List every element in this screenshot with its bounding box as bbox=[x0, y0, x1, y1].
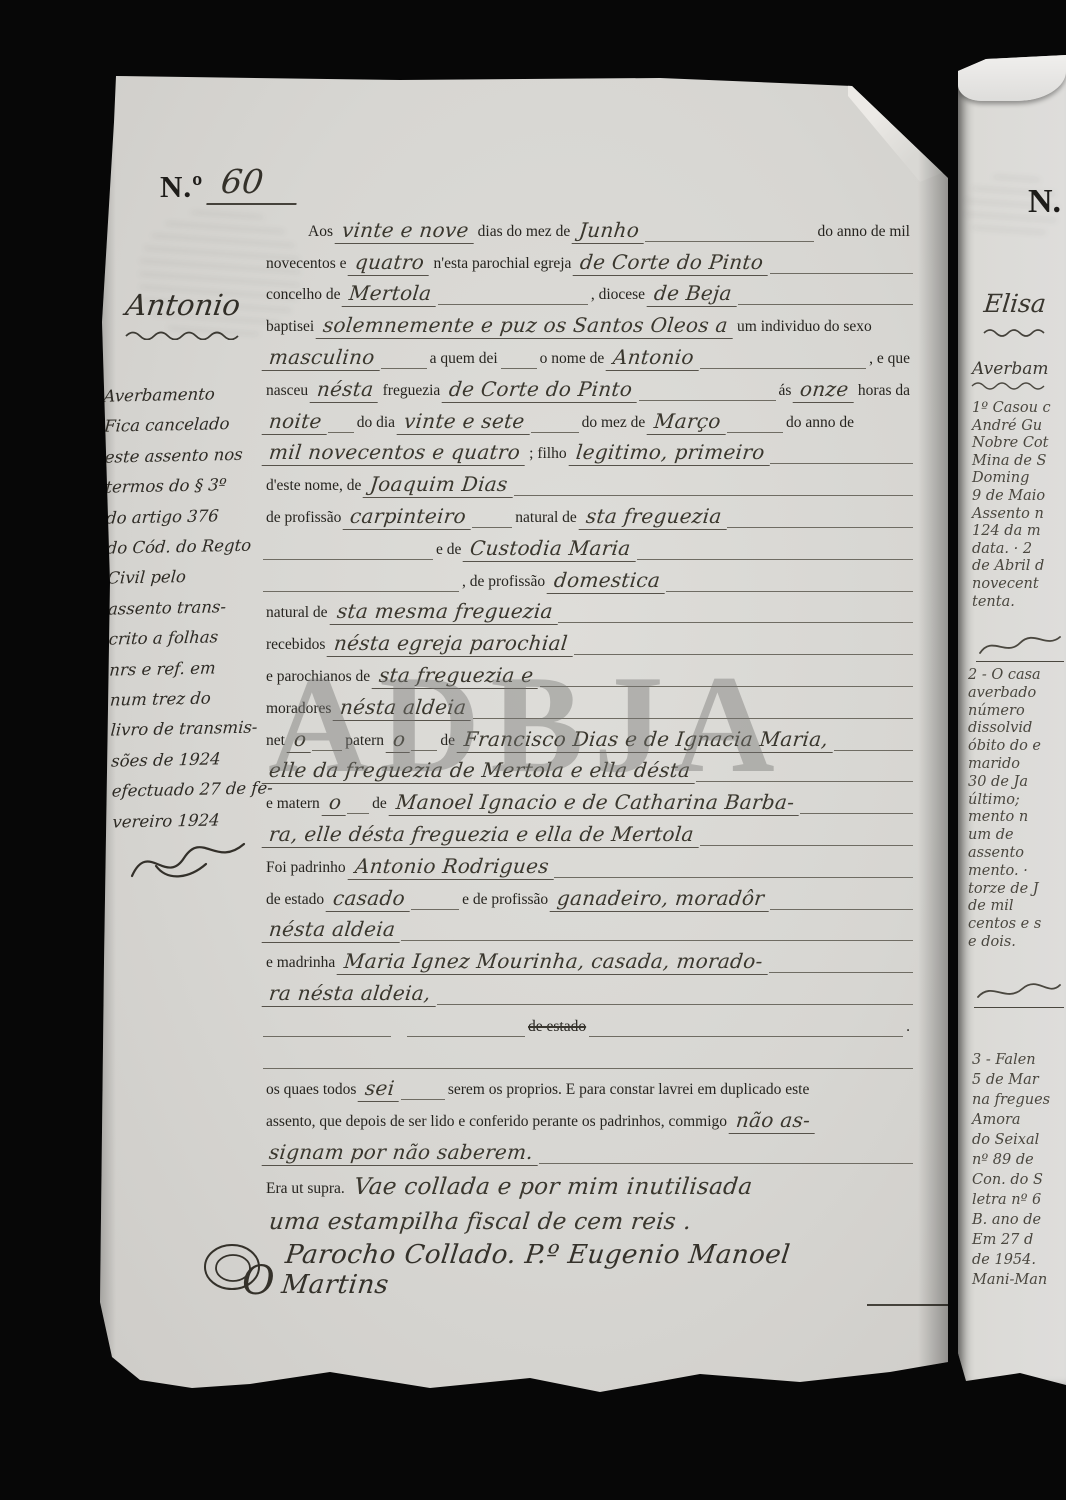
marginal-note-line: do Seixal bbox=[972, 1130, 1066, 1150]
form-line: Era ut supra.Vae collada e por mim inuti… bbox=[263, 1166, 913, 1201]
handwritten-entry: carpinteiro bbox=[343, 504, 474, 530]
handwritten-entry: Manoel Ignacio e de Catharina Barba- bbox=[388, 790, 801, 816]
handwritten-entry: de Corte do Pinto bbox=[442, 377, 640, 403]
printed-text: ás bbox=[776, 382, 795, 403]
form-line: e parochianos desta freguezia e bbox=[263, 657, 913, 689]
blank-rule-line bbox=[696, 781, 913, 782]
blank-rule-line bbox=[589, 1036, 903, 1037]
handwritten-entry: Francisco Dias e de Ignacia Maria, bbox=[457, 727, 836, 753]
handwritten-entry: Custodia Maria bbox=[463, 536, 638, 562]
printed-text: de profissão bbox=[263, 509, 344, 530]
margin-cancellation-note: AverbamentoFica canceladoeste assento no… bbox=[103, 378, 271, 837]
curled-page-edge bbox=[958, 55, 1066, 101]
blank-rule-line bbox=[401, 940, 913, 941]
printed-text: e matern bbox=[263, 795, 323, 816]
marginal-note-line: torze de J bbox=[968, 881, 1066, 899]
printed-text: ; filho bbox=[526, 445, 569, 466]
handwritten-entry: signam por não saberem. bbox=[262, 1140, 541, 1166]
marginal-note-line: 1º Casou c bbox=[972, 400, 1066, 418]
margin-note-line: termos do § 3º bbox=[104, 470, 264, 504]
marginal-note-line: Con. do S bbox=[972, 1170, 1066, 1190]
form-line: concelho deMertola, diocesede Beja bbox=[263, 276, 913, 308]
baptism-record-page: N.º 60 Antonio AverbamentoFica cancelado… bbox=[100, 62, 948, 1395]
form-line: de profissãocarpinteironatural desta fre… bbox=[263, 498, 913, 530]
blank-rule-line bbox=[472, 527, 512, 528]
note-2-signature-flourish bbox=[974, 977, 1064, 1008]
blank-rule-line bbox=[540, 686, 913, 687]
handwritten-entry: ra nésta aldeia, bbox=[262, 981, 438, 1007]
form-line: ra, elle désta freguezia e ella de Merto… bbox=[263, 816, 913, 848]
blank-rule-line bbox=[501, 368, 537, 369]
blank-rule-line bbox=[770, 463, 913, 464]
form-line: recebidosnésta egreja parochial bbox=[263, 625, 913, 657]
handwritten-entry: Joaquim Dias bbox=[363, 472, 515, 498]
printed-text: Aos bbox=[305, 223, 336, 244]
printed-text: de estado bbox=[263, 891, 327, 912]
handwritten-entry: nésta aldeia bbox=[333, 695, 474, 721]
blank-rule-line bbox=[834, 750, 913, 751]
handwritten-entry: vinte e nove bbox=[335, 218, 476, 244]
margin-note-line: sões de 1924 bbox=[110, 743, 270, 777]
scanned-register-photo: { "watermark": { "text": "ADBJA" }, "mai… bbox=[0, 0, 1066, 1500]
marginal-note-line: 9 de Maio bbox=[972, 488, 1066, 506]
form-line: baptiseisolemnemente e puz os Santos Ole… bbox=[263, 307, 913, 339]
form-line: de estado. bbox=[263, 1007, 913, 1039]
handwritten-entry: Março bbox=[647, 409, 728, 435]
blank-rule-line bbox=[328, 432, 354, 433]
handwritten-entry: elle da freguezia de Mertola e ella dést… bbox=[262, 758, 698, 784]
marginal-note-line: data. · 2 bbox=[972, 541, 1066, 559]
margin-note-line: Civil pelo bbox=[106, 561, 266, 595]
margin-note-line: livro de transmis- bbox=[110, 713, 270, 747]
printed-text: e de bbox=[433, 541, 464, 562]
blank-rule-line bbox=[263, 1036, 391, 1037]
handwritten-entry: masculino bbox=[262, 345, 382, 371]
form-line: natural desta mesma freguezia bbox=[263, 594, 913, 626]
form-line: Aosvinte e novedias do mez deJunhodo ann… bbox=[263, 212, 913, 244]
blank-rule-line bbox=[473, 718, 913, 719]
signature-flourish-oval bbox=[202, 1240, 266, 1294]
form-line: moradoresnésta aldeia bbox=[263, 689, 913, 721]
printed-text: do mez de bbox=[579, 414, 649, 435]
marginal-note-line: um de bbox=[968, 827, 1066, 845]
handwritten-text: Vae collada e por mim inutilisada bbox=[346, 1174, 759, 1201]
form-line: masculinoa quem deio nome deAntonio, e q… bbox=[263, 339, 913, 371]
printed-text: baptisei bbox=[263, 318, 317, 339]
printed-text: Foi padrinho bbox=[263, 859, 349, 880]
printed-text: natural de bbox=[263, 604, 331, 625]
blank-rule-line bbox=[401, 1099, 445, 1100]
printed-text: recebidos bbox=[263, 636, 328, 657]
form-line: novecentos equatron'esta parochial egrej… bbox=[263, 244, 913, 276]
priest-signature: O Parocho Collado. P.º Eugenio Manoel Ma… bbox=[208, 1232, 948, 1310]
printed-text: novecentos e bbox=[263, 255, 349, 276]
averbamentos-heading: Averbam bbox=[972, 359, 1049, 379]
printed-text: , diocese bbox=[588, 286, 648, 307]
handwritten-entry: sei bbox=[358, 1076, 402, 1102]
handwritten-entry: noite bbox=[262, 409, 329, 435]
handwritten-entry: o bbox=[321, 790, 348, 816]
blank-rule-line bbox=[666, 591, 913, 592]
blank-rule-line bbox=[514, 495, 913, 496]
blank-rule-line bbox=[637, 559, 913, 560]
form-line: assento, que depois de ser lido e confer… bbox=[263, 1102, 913, 1134]
marginal-note-3: 3 - Falen5 de Marna freguesAmorado Seixa… bbox=[972, 1050, 1066, 1290]
printed-text: net bbox=[263, 732, 288, 753]
handwritten-entry: não as- bbox=[729, 1108, 818, 1134]
printed-text: um individuo do sexo bbox=[734, 318, 875, 339]
margin-note-line: num trez do bbox=[109, 682, 269, 716]
handwritten-entry: nésta aldeia bbox=[262, 917, 403, 943]
printed-text: , e que bbox=[866, 350, 913, 371]
printed-text: e parochianos de bbox=[263, 668, 373, 689]
form-line: os quaes todosseiserem os proprios. E pa… bbox=[263, 1071, 913, 1103]
printed-text: assento, que depois de ser lido e confer… bbox=[263, 1113, 730, 1134]
handwritten-entry: o bbox=[287, 727, 314, 753]
handwritten-entry: Maria Ignez Mourinha, casada, morado- bbox=[337, 949, 770, 975]
blank-rule-line bbox=[263, 591, 459, 592]
marginal-note-line: assento bbox=[968, 845, 1066, 863]
margin-baptized-name: Antonio bbox=[124, 288, 243, 322]
marginal-note-line: Em 27 d bbox=[972, 1230, 1066, 1250]
printed-text: os quaes todos bbox=[263, 1081, 359, 1102]
form-line: nasceunéstafregueziade Corte do Pintoáso… bbox=[263, 371, 913, 403]
blank-rule-line bbox=[539, 1163, 913, 1164]
blank-rule-line bbox=[727, 527, 913, 528]
handwritten-entry: o bbox=[386, 727, 413, 753]
handwritten-entry: Junho bbox=[572, 218, 647, 244]
marginal-note-line: mento n bbox=[968, 809, 1066, 827]
printed-text: natural de bbox=[512, 509, 580, 530]
printed-text: e de profissão bbox=[459, 891, 551, 912]
handwritten-entry: Mertola bbox=[342, 281, 439, 307]
marginal-note-line: Mani-Man bbox=[972, 1270, 1066, 1290]
printed-text: n'esta parochial egreja bbox=[431, 255, 575, 276]
blank-rule-line bbox=[800, 813, 913, 814]
marginal-note-line: óbito do e bbox=[968, 738, 1066, 756]
margin-note-line: efectuado 27 de fe- bbox=[111, 774, 271, 808]
blank-rule-line bbox=[738, 304, 913, 305]
blank-rule-line bbox=[438, 304, 588, 305]
blank-rule-line bbox=[770, 909, 913, 910]
handwritten-entry: sta mesma freguezia bbox=[329, 599, 560, 625]
marginal-note-line: averbado bbox=[968, 685, 1066, 703]
marginal-note-line: nº 89 de bbox=[972, 1150, 1066, 1170]
handwritten-entry: onze bbox=[793, 377, 856, 403]
margin-note-line: Averbamento bbox=[103, 378, 263, 412]
marginal-note-line: tenta. bbox=[972, 594, 1066, 612]
marginal-note-line: Doming bbox=[972, 470, 1066, 488]
handwritten-entry: Antonio bbox=[606, 345, 702, 371]
form-line: de estadocasadoe de profissãoganadeiro, … bbox=[263, 880, 913, 912]
blank-rule-line bbox=[645, 241, 814, 242]
blank-rule-line bbox=[407, 1036, 525, 1037]
printed-text: a quem dei bbox=[427, 350, 501, 371]
marginal-note-line: de 1954. bbox=[972, 1250, 1066, 1270]
marginal-note-line: e dois. bbox=[968, 934, 1066, 952]
blank-rule-line bbox=[700, 368, 866, 369]
printed-text: Era ut supra. bbox=[263, 1180, 348, 1201]
printed-text: e madrinha bbox=[263, 954, 338, 975]
blank-rule-line bbox=[727, 432, 783, 433]
form-line: d'este nome, deJoaquim Dias bbox=[263, 466, 913, 498]
form-line: e maternodeManoel Ignacio e de Catharina… bbox=[263, 784, 913, 816]
marginal-note-1: 1º Casou cAndré GuNobre CotMina de SDomi… bbox=[972, 400, 1066, 611]
blank-rule-line bbox=[437, 1004, 913, 1005]
signature-underline bbox=[867, 1304, 948, 1306]
form-line: , de profissãodomestica bbox=[263, 562, 913, 594]
blank-rule-line bbox=[411, 750, 437, 751]
blank-rule-line bbox=[531, 432, 579, 433]
signature-text: Parocho Collado. P.º Eugenio Manoel Mart… bbox=[274, 1240, 871, 1310]
margin-note-line: do Cód. do Regto bbox=[106, 530, 266, 564]
handwritten-entry: mil novecentos e quatro bbox=[262, 440, 528, 466]
handwritten-entry: Antonio Rodrigues bbox=[347, 854, 556, 880]
handwritten-entry: ra, elle désta freguezia e ella de Merto… bbox=[262, 822, 701, 848]
handwritten-entry: domestica bbox=[547, 568, 668, 594]
printed-text: dias do mez de bbox=[475, 223, 574, 244]
blank-rule-line bbox=[554, 877, 913, 878]
marginal-note-line: dissolvid bbox=[968, 720, 1066, 738]
margin-note-line: do artigo 376 bbox=[105, 500, 265, 534]
marginal-note-line: novecent bbox=[972, 576, 1066, 594]
marginal-note-line: centos e s bbox=[968, 916, 1066, 934]
marginal-note-line: Mina de S bbox=[972, 453, 1066, 471]
next-page-edge: N. Elisa Averbam 1º Casou cAndré GuNobre… bbox=[958, 55, 1066, 1385]
blank-rule-line bbox=[574, 654, 913, 655]
marginal-note-line: de mil bbox=[968, 898, 1066, 916]
blank-rule-line bbox=[347, 813, 369, 814]
marginal-note-line: 3 - Falen bbox=[972, 1050, 1066, 1070]
record-number: N.º 60 bbox=[160, 162, 299, 205]
form-line: noitedo diavinte e setedo mez deMarçodo … bbox=[263, 403, 913, 435]
form-line: e deCustodia Maria bbox=[263, 530, 913, 562]
blank-rule-line bbox=[769, 972, 913, 973]
printed-text: . bbox=[903, 1018, 913, 1039]
marginal-note-2: 2 - O casaaverbadonúmerodissolvidóbito d… bbox=[968, 667, 1066, 952]
printed-text: concelho de bbox=[263, 286, 343, 307]
handwritten-entry: sta freguezia e bbox=[372, 663, 541, 689]
form-line: ra nésta aldeia, bbox=[263, 975, 913, 1007]
handwritten-entry: de Corte do Pinto bbox=[573, 250, 771, 276]
wavy-underline bbox=[982, 327, 1056, 337]
handwritten-entry: solemnemente e puz os Santos Oleos a bbox=[316, 313, 736, 339]
handwritten-entry: casado bbox=[326, 886, 413, 912]
printed-text: moradores bbox=[263, 700, 334, 721]
margin-note-line: Fica cancelado bbox=[103, 409, 263, 443]
form-line: elle da freguezia de Mertola e ella dést… bbox=[263, 753, 913, 785]
handwritten-entry: ganadeiro, moradôr bbox=[550, 886, 772, 912]
handwritten-entry: nésta bbox=[310, 377, 381, 403]
margin-note-line: nrs e ref. em bbox=[108, 652, 268, 686]
marginal-note-line: na fregues bbox=[972, 1090, 1066, 1110]
form-line bbox=[263, 1039, 913, 1071]
marginal-note-line: número bbox=[968, 703, 1066, 721]
marginal-note-line: Nobre Cot bbox=[972, 435, 1066, 453]
form-line: signam por não saberem. bbox=[263, 1134, 913, 1166]
margin-note-line: vereiro 1924 bbox=[111, 804, 271, 838]
wavy-underline bbox=[970, 381, 1056, 390]
printed-text: o nome de bbox=[537, 350, 608, 371]
margin-note-line: crito a folhas bbox=[108, 622, 268, 656]
printed-text: do anno de bbox=[783, 414, 857, 435]
printed-text: serem os proprios. E para constar lavrei… bbox=[445, 1081, 813, 1102]
form-line: e madrinhaMaria Ignez Mourinha, casada, … bbox=[263, 943, 913, 975]
blank-rule-line bbox=[381, 368, 427, 369]
printed-text: freguezia bbox=[380, 382, 444, 403]
form-line: mil novecentos e quatro; filholegitimo, … bbox=[263, 435, 913, 467]
marginal-note-line: Assento n bbox=[972, 506, 1066, 524]
printed-text: de bbox=[437, 732, 458, 753]
printed-text: do dia bbox=[354, 414, 398, 435]
handwritten-entry: nésta egreja parochial bbox=[327, 631, 575, 657]
marginal-note-line: 30 de Ja bbox=[968, 774, 1066, 792]
next-record-number-label: N. bbox=[1028, 183, 1061, 221]
folded-corner bbox=[848, 80, 948, 184]
record-number-value: 60 bbox=[207, 162, 302, 205]
marginal-note-line: 2 - O casa bbox=[968, 667, 1066, 685]
handwritten-entry: de Beja bbox=[647, 281, 739, 307]
blank-rule-line bbox=[558, 622, 913, 623]
blank-rule-line bbox=[411, 909, 459, 910]
margin-signature-flourish bbox=[126, 834, 252, 888]
marginal-note-line: B. ano de bbox=[972, 1210, 1066, 1230]
marginal-note-line: de Abril d bbox=[972, 558, 1066, 576]
printed-text: , de profissão bbox=[459, 573, 548, 594]
marginal-note-line: 5 de Mar bbox=[972, 1070, 1066, 1090]
form-line: nésta aldeia bbox=[263, 912, 913, 944]
form-line: uma estampilha fiscal de cem reis . bbox=[263, 1201, 913, 1236]
printed-text-struck: de estado bbox=[525, 1018, 589, 1039]
blank-rule-line bbox=[639, 400, 776, 401]
handwritten-entry: vinte e sete bbox=[397, 409, 532, 435]
printed-text: de bbox=[369, 795, 390, 816]
marginal-note-line: último; bbox=[968, 792, 1066, 810]
marginal-note-line: André Gu bbox=[972, 418, 1066, 436]
marginal-note-line: marido bbox=[968, 756, 1066, 774]
marginal-note-line: mento. · bbox=[968, 863, 1066, 881]
marginal-note-line: Amora bbox=[972, 1110, 1066, 1130]
printed-text: d'este nome, de bbox=[263, 477, 364, 498]
blank-rule-line bbox=[770, 273, 913, 274]
blank-rule-line bbox=[263, 559, 433, 560]
baptism-form-lines: Aosvinte e novedias do mez deJunhodo ann… bbox=[263, 212, 913, 1236]
marginal-note-line: 124 da m bbox=[972, 523, 1066, 541]
printed-text: horas da bbox=[855, 382, 913, 403]
blank-rule-line bbox=[312, 750, 342, 751]
next-margin-name: Elisa bbox=[982, 289, 1047, 318]
handwritten-entry: quatro bbox=[348, 250, 432, 276]
form-line: netopaternodeFrancisco Dias e de Ignacia… bbox=[263, 721, 913, 753]
printed-text: patern bbox=[342, 732, 387, 753]
printed-text: do anno de mil bbox=[814, 223, 913, 244]
note-1-signature-flourish bbox=[976, 631, 1064, 662]
form-line: Foi padrinhoAntonio Rodrigues bbox=[263, 848, 913, 880]
margin-note-line: este assento nos bbox=[104, 439, 264, 473]
margin-note-line: assento trans- bbox=[107, 591, 267, 625]
printed-text: nasceu bbox=[263, 382, 311, 403]
handwritten-entry: sta freguezia bbox=[578, 504, 728, 530]
blank-rule-line bbox=[700, 845, 913, 846]
marginal-note-line: letra nº 6 bbox=[972, 1190, 1066, 1210]
wavy-underline bbox=[124, 330, 242, 340]
handwritten-entry: legitimo, primeiro bbox=[568, 440, 771, 466]
blank-rule-line bbox=[263, 1068, 913, 1069]
record-number-label: N.º bbox=[160, 169, 203, 205]
